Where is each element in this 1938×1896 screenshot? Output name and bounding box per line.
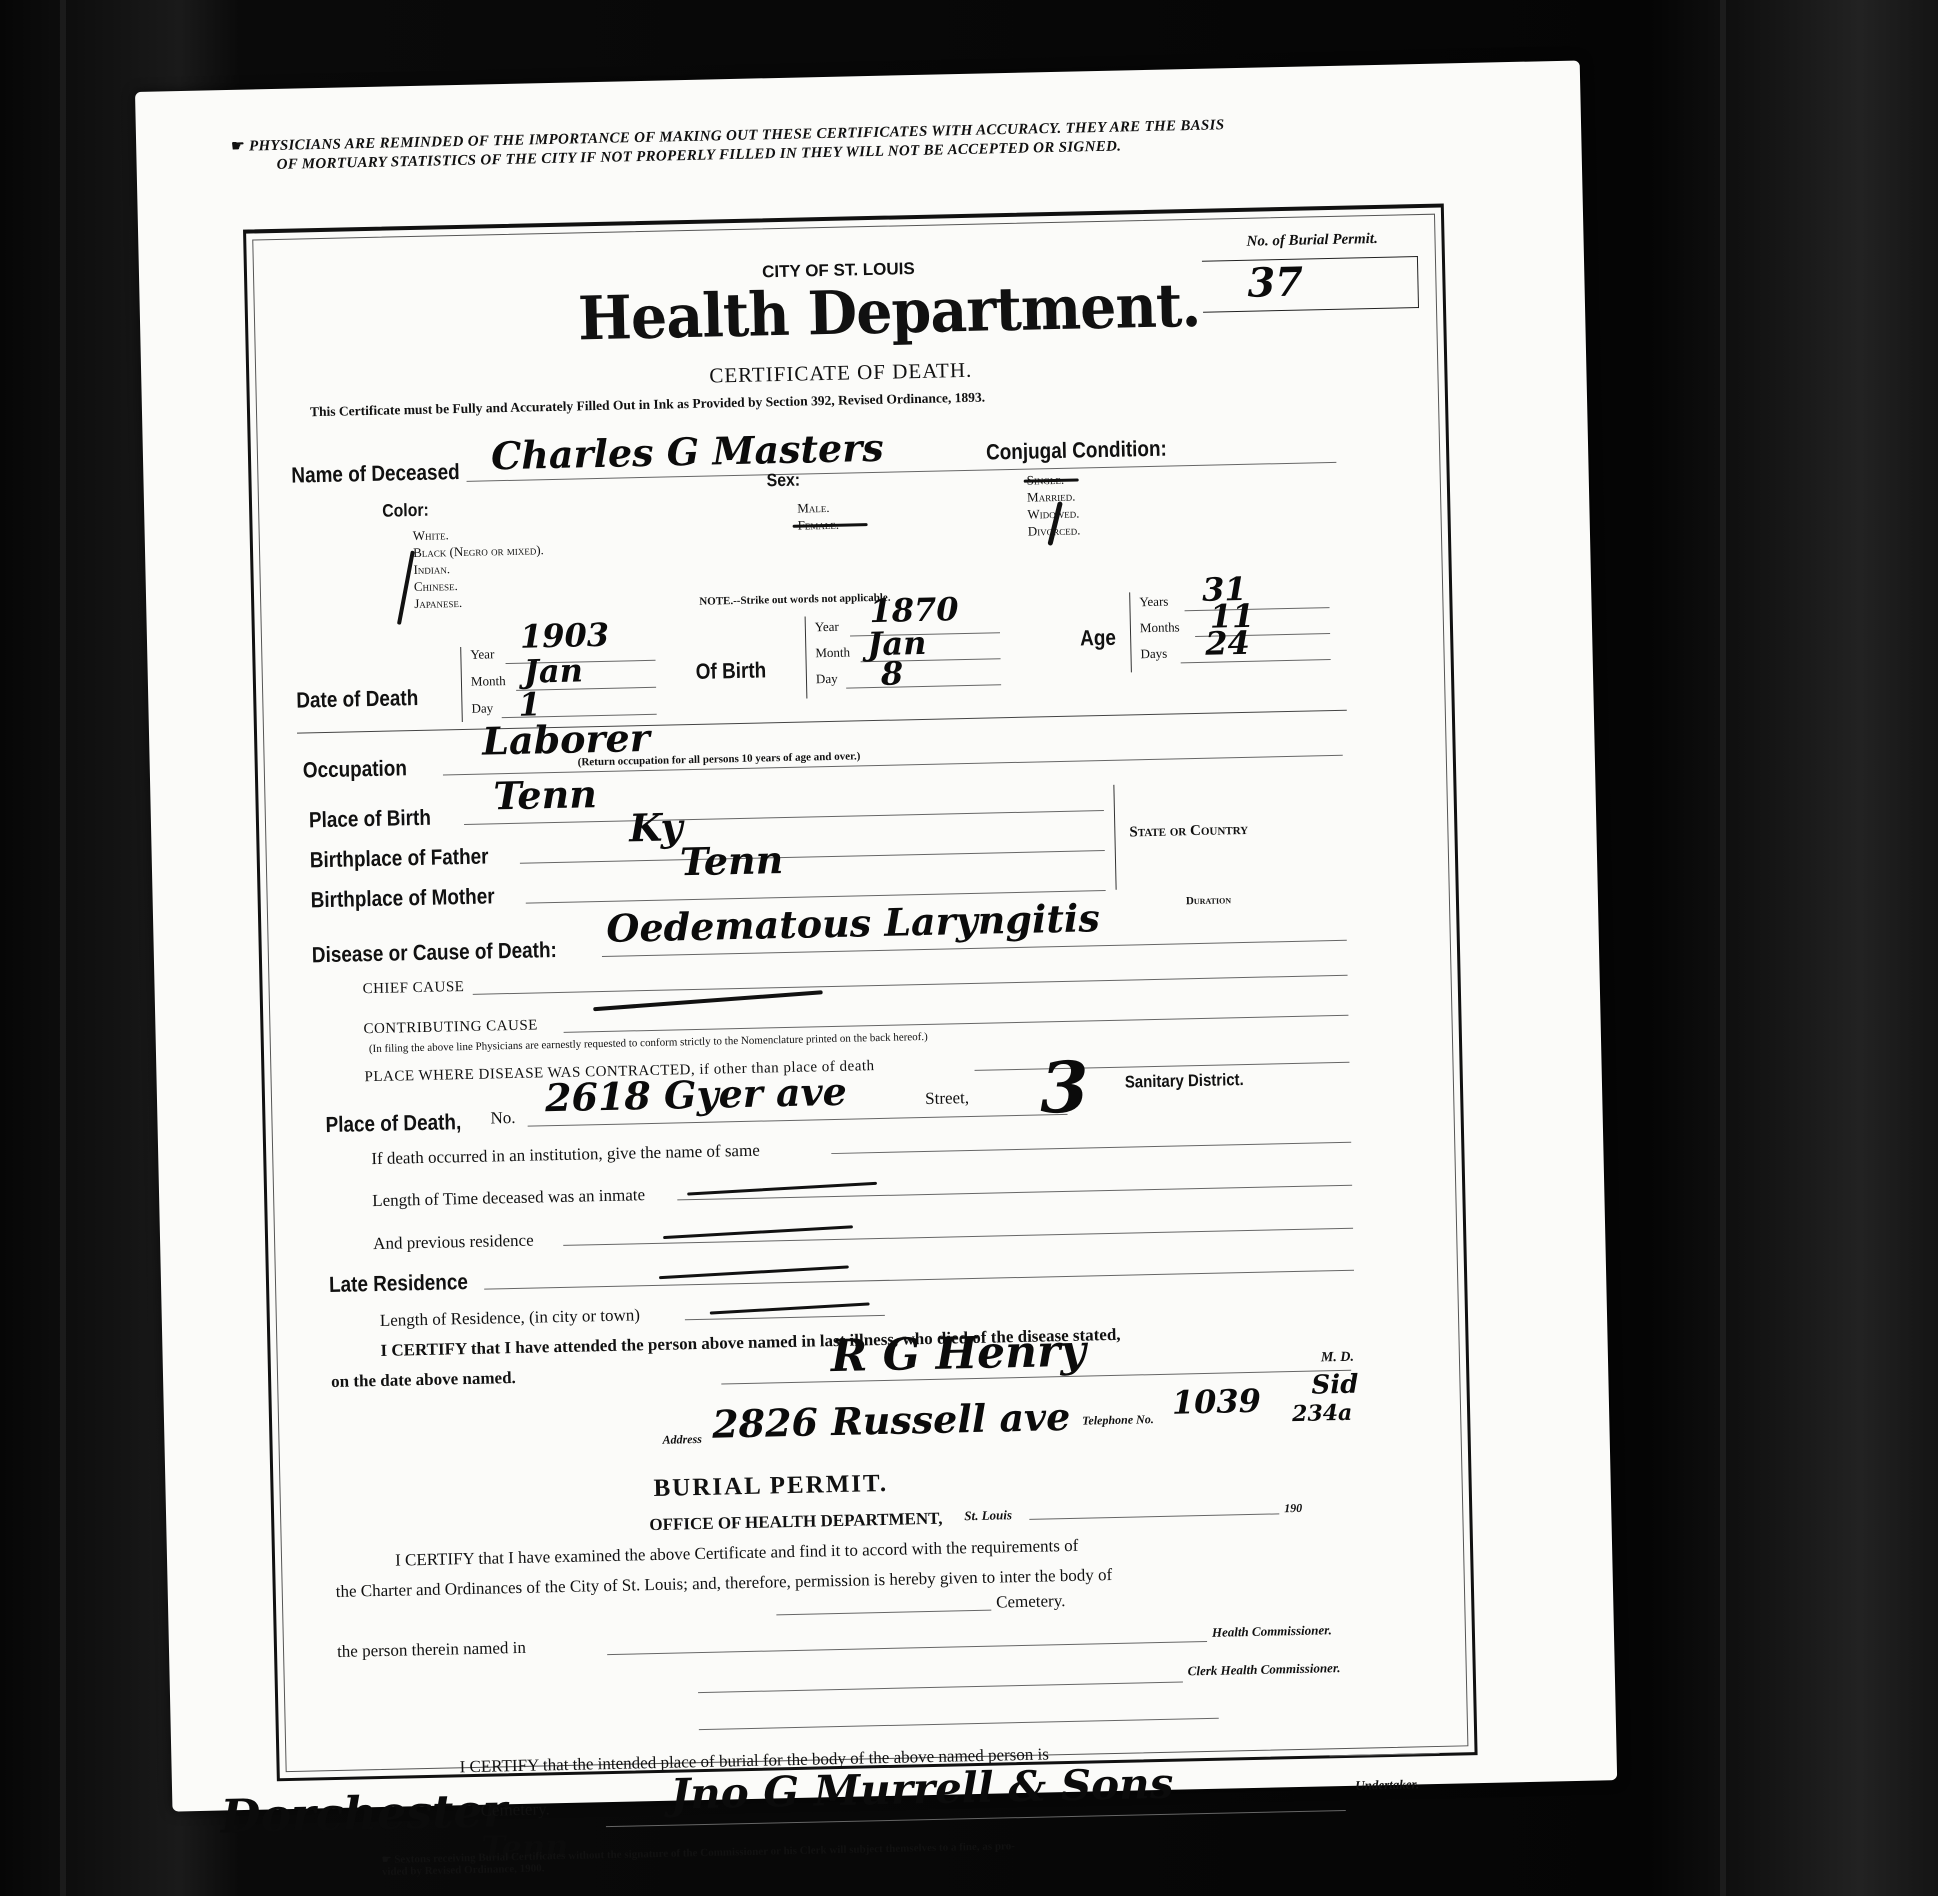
death-certificate-page: ☛ PHYSICIANS ARE REMINDED OF THE IMPORTA… xyxy=(135,60,1617,1811)
cause-of-death-label: Disease or Cause of Death: xyxy=(312,937,558,968)
birth-day-label: Day xyxy=(816,671,838,687)
field-line xyxy=(1330,1753,1440,1756)
sex-options: Male. Female. xyxy=(797,499,839,534)
late-residence-label: Late Residence xyxy=(329,1269,468,1298)
birth-year-label: Year xyxy=(815,619,839,636)
pointing-hand-icon: ☛ xyxy=(381,1854,391,1866)
death-year-label: Year xyxy=(470,646,494,663)
place-of-birth-label: Place of Birth xyxy=(309,805,431,834)
cemetery-label: Cemetery. xyxy=(996,1591,1066,1613)
burial-permit-number-label: No. of Burial Permit. xyxy=(1246,231,1378,251)
father-birthplace-label: Birthplace of Father xyxy=(310,843,489,873)
undertaker-label: Undertaker. xyxy=(1355,1776,1419,1793)
age-months-label: Months xyxy=(1140,619,1180,636)
cemetery-label-2: Cemetery. xyxy=(480,1799,550,1821)
age-days-label: Days xyxy=(1140,646,1167,663)
address-value: 2826 Russell ave xyxy=(712,1394,1071,1447)
age-years-label: Years xyxy=(1139,594,1168,611)
place-of-death-value: 2618 Gyer ave xyxy=(545,1069,848,1121)
physician-signature: R G Henry xyxy=(830,1326,1086,1383)
physician-notice: ☛ PHYSICIANS ARE REMINDED OF THE IMPORTA… xyxy=(231,116,1225,176)
age-label: Age xyxy=(1080,625,1116,652)
physician-certify-text-2: on the date above named. xyxy=(331,1368,516,1392)
death-month-label: Month xyxy=(471,673,506,690)
telephone-label: Telephone No. xyxy=(1082,1412,1154,1429)
previous-residence-label: And previous residence xyxy=(373,1231,534,1254)
margin-note-1: Sid xyxy=(1311,1370,1358,1401)
duration-label: Duration xyxy=(1186,892,1232,910)
md-label: M. D. xyxy=(1321,1350,1354,1367)
age-days-value: 24 xyxy=(1205,624,1250,663)
burial-permit-number: 37 xyxy=(1247,259,1304,307)
clerk-label: Clerk Health Commissioner. xyxy=(1188,1660,1341,1679)
father-birthplace-value: Ky xyxy=(629,804,683,850)
burial-permit-heading: BURIAL PERMIT. xyxy=(653,1470,888,1503)
date-of-birth-label: Of Birth xyxy=(696,657,767,685)
chief-cause-label: CHIEF CAUSE xyxy=(362,979,464,998)
name-label: Name of Deceased xyxy=(291,459,460,489)
sex-option-male: Male. xyxy=(797,499,839,517)
page-title: Health Department. xyxy=(577,271,1201,355)
place-of-death-no-label: No. xyxy=(490,1108,515,1129)
state-or-country-label: State or Country xyxy=(1129,822,1248,842)
date-of-death-label: Date of Death xyxy=(296,685,418,714)
color-label: Color: xyxy=(382,500,429,522)
film-edge xyxy=(1720,0,1726,1896)
color-option-japanese: Japanese. xyxy=(414,592,545,612)
health-commissioner-label: Health Commissioner. xyxy=(1212,1622,1332,1641)
person-named-label: the person therein named in xyxy=(337,1638,526,1662)
year-suffix: 190 xyxy=(1284,1501,1302,1516)
place-of-birth-value: Tenn xyxy=(493,771,597,818)
burial-permit-number-box xyxy=(1202,256,1419,313)
birth-day-value: 8 xyxy=(880,654,903,692)
office-place: St. Louis xyxy=(964,1507,1012,1524)
place-of-death-label: Place of Death, xyxy=(325,1109,461,1138)
street-label: Street, xyxy=(925,1088,969,1109)
conjugal-option-married: Married. xyxy=(1027,487,1080,505)
color-options: White. Black (Negro or mixed). Indian. C… xyxy=(413,524,546,612)
mother-birthplace-value: Tenn xyxy=(679,837,783,884)
film-edge xyxy=(60,0,66,1896)
name-value: Charles G Masters xyxy=(491,425,885,479)
telephone-value: 1039 xyxy=(1171,1382,1261,1422)
sex-label: Sex: xyxy=(766,470,800,492)
occupation-label: Occupation xyxy=(303,755,408,783)
sanitary-district-value: 3 xyxy=(1039,1045,1090,1129)
certificate-frame: No. of Burial Permit. 37 CITY OF ST. LOU… xyxy=(243,203,1478,1781)
conjugal-label: Conjugal Condition: xyxy=(986,436,1167,466)
pointing-hand-icon: ☛ xyxy=(231,139,245,155)
death-year-value: 1903 xyxy=(520,616,610,656)
sanitary-district-label: Sanitary District. xyxy=(1125,1070,1244,1093)
death-day-label: Day xyxy=(471,700,493,716)
birth-month-label: Month xyxy=(815,645,850,662)
address-label: Address xyxy=(662,1432,702,1448)
margin-note-2: 234a xyxy=(1292,1400,1353,1427)
color-option-black: Black (Negro or mixed). xyxy=(413,541,544,561)
cemetery-value: Dorchester xyxy=(220,1783,507,1843)
mother-birthplace-label: Birthplace of Mother xyxy=(310,883,494,913)
